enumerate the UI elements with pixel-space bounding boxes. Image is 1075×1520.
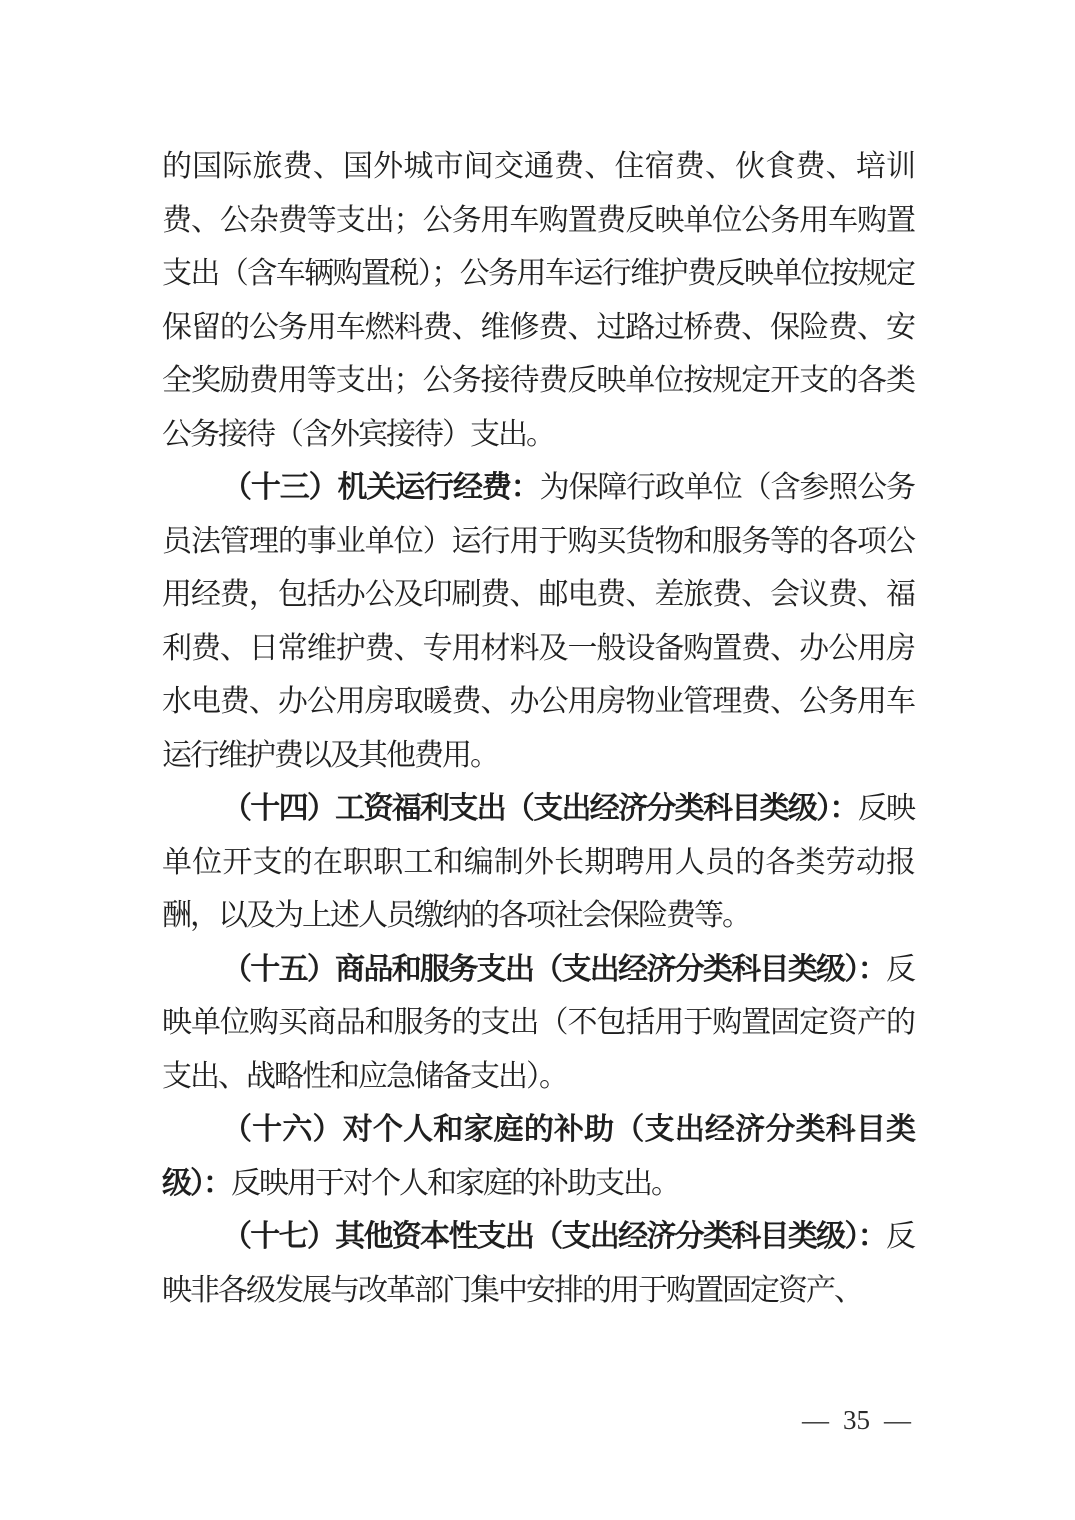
paragraph-continuation: 的国际旅费、国外城市间交通费、住宿费、伙食费、培训费、公杂费等支出；公务用车购置…: [162, 140, 914, 461]
paragraph-heading: （十三）机关运行经费：: [222, 471, 540, 504]
footer-dash-right: —: [884, 1404, 911, 1436]
paragraph-heading: （十七）其他资本性支出（支出经济分类科目类级）：: [222, 1220, 886, 1253]
page-number: 35: [843, 1404, 870, 1436]
document-body: 的国际旅费、国外城市间交通费、住宿费、伙食费、培训费、公杂费等支出；公务用车购置…: [162, 140, 914, 1317]
paragraph-item-17: （十七）其他资本性支出（支出经济分类科目类级）：反映非各级发展与改革部门集中安排…: [162, 1210, 914, 1317]
paragraph-heading: （十四）工资福利支出（支出经济分类科目类级）：: [222, 792, 858, 825]
page-footer: —35—: [800, 1404, 913, 1436]
document-page: 的国际旅费、国外城市间交通费、住宿费、伙食费、培训费、公杂费等支出；公务用车购置…: [0, 0, 1075, 1520]
paragraph-body: 的国际旅费、国外城市间交通费、住宿费、伙食费、培训费、公杂费等支出；公务用车购置…: [162, 150, 914, 451]
paragraph-item-15: （十五）商品和服务支出（支出经济分类科目类级）：反映单位购买商品和服务的支出（不…: [162, 943, 914, 1104]
paragraph-item-16: （十六）对个人和家庭的补助（支出经济分类科目类级）：反映用于对个人和家庭的补助支…: [162, 1103, 914, 1210]
paragraph-body: 为保障行政单位（含参照公务员法管理的事业单位）运行用于购买货物和服务等的各项公用…: [162, 471, 914, 772]
footer-dash-left: —: [802, 1404, 829, 1436]
paragraph-heading: （十五）商品和服务支出（支出经济分类科目类级）：: [222, 953, 886, 986]
paragraph-item-14: （十四）工资福利支出（支出经济分类科目类级）：反映单位开支的在职职工和编制外长期…: [162, 782, 914, 943]
paragraph-body: 反映用于对个人和家庭的补助支出。: [231, 1167, 679, 1200]
paragraph-item-13: （十三）机关运行经费：为保障行政单位（含参照公务员法管理的事业单位）运行用于购买…: [162, 461, 914, 782]
